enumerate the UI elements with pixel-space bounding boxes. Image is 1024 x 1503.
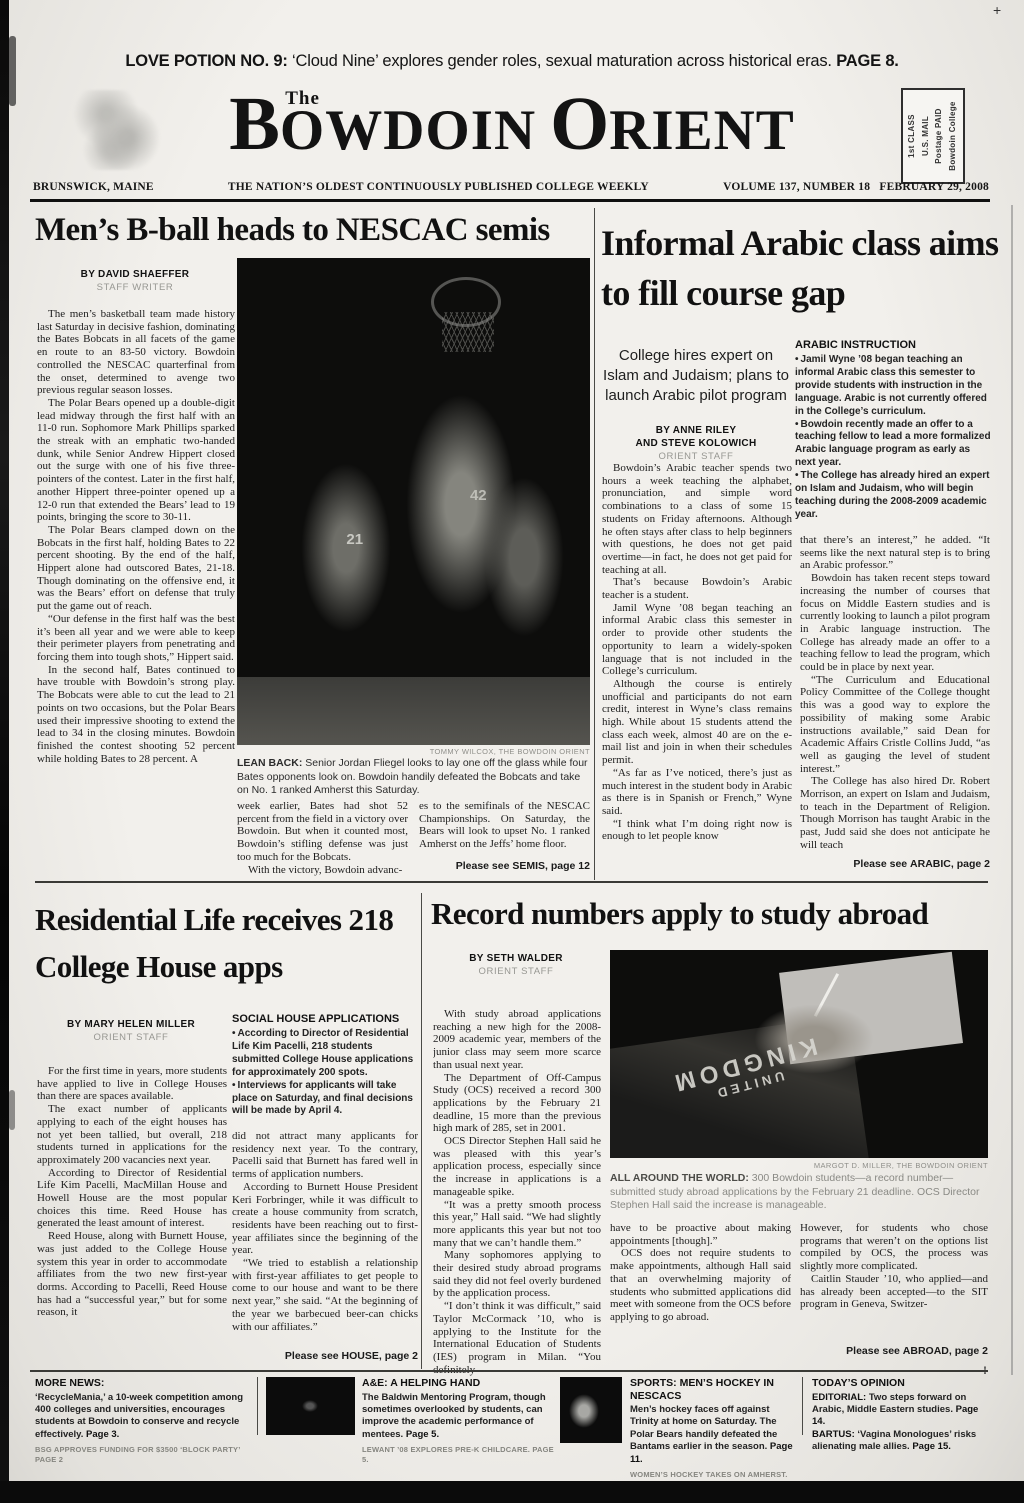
byline-author: AND STEVE KOLOWICH bbox=[602, 437, 790, 450]
dateline: BRUNSWICK, MAINE THE NATION’S OLDEST CON… bbox=[33, 181, 989, 193]
postage-line: Postage PAID bbox=[932, 90, 946, 182]
column-divider bbox=[421, 893, 422, 1369]
bball-column-2: week earlier, Bates had shot 52 percent … bbox=[237, 800, 408, 878]
factbox-item: Jamil Wyne ’08 began teaching an informa… bbox=[795, 354, 991, 419]
court-floor bbox=[237, 677, 590, 745]
factbox-title: ARABIC INSTRUCTION bbox=[795, 338, 991, 352]
title-o: O bbox=[550, 82, 609, 166]
paragraph: Although the course is entirely unoffici… bbox=[602, 678, 792, 767]
dateline-location: BRUNSWICK, MAINE bbox=[33, 181, 154, 193]
jersey-number: 42 bbox=[470, 487, 487, 504]
byline-arabic: BY ANNE RILEY AND STEVE KOLOWICH ORIENT … bbox=[602, 424, 790, 463]
jump-prefix: Please see bbox=[285, 1350, 342, 1362]
bball-column-3: es to the semifinals of the NESCAC Champ… bbox=[419, 800, 590, 856]
factbox-item: The College has already hired an expert … bbox=[795, 470, 991, 522]
postage-box: 1st CLASS U.S. MAIL Postage PAID Bowdoin… bbox=[901, 88, 965, 184]
teaser-page-ref: Page 5. bbox=[406, 1429, 439, 1440]
paragraph: However, for students who chose programs… bbox=[800, 1222, 988, 1273]
byline-role: STAFF WRITER bbox=[35, 281, 235, 294]
factbox-item: Bowdoin recently made an offer to a teac… bbox=[795, 419, 991, 471]
byline-author: BY MARY HELEN MILLER bbox=[35, 1018, 227, 1031]
teaser-subline: BSG APPROVES FUNDING FOR $3500 ‘BLOCK PA… bbox=[35, 1445, 251, 1465]
abroad-column-1: With study abroad applications reaching … bbox=[433, 1008, 601, 1376]
byline-author: BY DAVID SHAEFFER bbox=[35, 268, 235, 281]
scan-edge-bottom bbox=[0, 1481, 1024, 1503]
newspaper-title: TheBOWDOINORIENT bbox=[0, 86, 1024, 169]
jump-prefix: Please see bbox=[853, 858, 910, 870]
house-factbox: SOCIAL HOUSE APPLICATIONS According to D… bbox=[232, 1012, 418, 1118]
arabic-factbox: ARABIC INSTRUCTION Jamil Wyne ’08 began … bbox=[795, 338, 991, 522]
paragraph: that there’s an interest,” he added. “It… bbox=[800, 534, 990, 572]
paragraph: The College has also hired Dr. Robert Mo… bbox=[800, 775, 990, 851]
photo-credit: TOMMY WILCOX, THE BOWDOIN ORIENT bbox=[237, 747, 590, 756]
top-teaser-page-ref: PAGE 8. bbox=[836, 52, 898, 70]
paragraph: “I think what I’m doing right now is eno… bbox=[602, 818, 792, 843]
headline-arabic: Informal Arabic class aims to fill cours… bbox=[601, 218, 1003, 318]
paragraph: The Polar Bears opened up a double-digit… bbox=[37, 397, 235, 524]
paragraph: For the first time in years, more studen… bbox=[37, 1065, 227, 1103]
teaser-divider bbox=[802, 1377, 803, 1435]
teaser-ae: A&E: A HELPING HAND The Baldwin Mentorin… bbox=[362, 1377, 554, 1465]
paragraph: have to be proactive about making appoin… bbox=[610, 1222, 791, 1247]
column-divider bbox=[594, 208, 595, 880]
bball-caption: LEAN BACK: Senior Jordan Fliegel looks t… bbox=[237, 757, 590, 798]
arabic-deck: College hires expert on Islam and Judais… bbox=[602, 346, 790, 406]
paragraph: Bowdoin has taken recent steps toward in… bbox=[800, 572, 990, 674]
paragraph: “It was a pretty smooth process this yea… bbox=[433, 1199, 601, 1250]
house-column-1: For the first time in years, more studen… bbox=[37, 1065, 227, 1372]
paragraph: Caitlin Stauder ’10, who applied—and has… bbox=[800, 1273, 988, 1311]
house-column-2: did not attract many applicants for resi… bbox=[232, 1130, 418, 1344]
jump-suffix: , page 2 bbox=[379, 1350, 418, 1362]
paragraph: “The Curriculum and Educational Policy C… bbox=[800, 674, 990, 776]
caption-lead: ALL AROUND THE WORLD: bbox=[610, 1172, 749, 1184]
dateline-volume: VOLUME 137, NUMBER 18 bbox=[723, 181, 870, 193]
teaser-text: Men’s hockey faces off against Trinity a… bbox=[630, 1404, 777, 1452]
paragraph: With the victory, Bowdoin advanc- bbox=[237, 864, 408, 877]
arabic-column-1: Bowdoin’s Arabic teacher spends two hour… bbox=[602, 462, 792, 862]
paragraph: Many sophomores applying to their desire… bbox=[433, 1249, 601, 1300]
photo-detail bbox=[569, 1394, 599, 1428]
teaser-sports: SPORTS: MEN’S HOCKEY IN NESCACS Men’s ho… bbox=[630, 1377, 793, 1490]
abroad-column-2: have to be proactive about making appoin… bbox=[610, 1222, 791, 1364]
teaser-kicker: SPORTS: MEN’S HOCKEY IN NESCACS bbox=[630, 1377, 793, 1402]
paragraph: did not attract many applicants for resi… bbox=[232, 1130, 418, 1181]
teaser-kicker: TODAY’S OPINION bbox=[812, 1377, 990, 1390]
jump-line-semis: Please see SEMIS, page 12 bbox=[419, 860, 590, 872]
postage-line: U.S. MAIL bbox=[919, 90, 933, 182]
teaser-page-ref: Page 3. bbox=[86, 1429, 119, 1440]
top-teaser: LOVE POTION NO. 9: ‘Cloud Nine’ explores… bbox=[0, 52, 1024, 71]
section-rule bbox=[35, 881, 988, 883]
paragraph: The Polar Bears clamped down on the Bobc… bbox=[37, 524, 235, 613]
scan-edge-left bbox=[0, 0, 9, 1503]
paragraph: Reed House, along with Burnett House, wa… bbox=[37, 1230, 227, 1319]
paragraph: The men’s basketball team made history l… bbox=[37, 308, 235, 397]
paragraph: “I don’t think it was difficult,” said T… bbox=[433, 1300, 601, 1376]
factbox-item: According to Director of Residential Lif… bbox=[232, 1028, 418, 1080]
teaser-text: ‘RecycleMania,’ a 10-week competition am… bbox=[35, 1392, 243, 1440]
paragraph: OCS Director Stephen Hall said he was pl… bbox=[433, 1135, 601, 1199]
byline-author: BY SETH WALDER bbox=[433, 952, 599, 965]
jump-line-house: Please see HOUSE, page 2 bbox=[232, 1350, 418, 1362]
teaser-more-news: MORE NEWS: ‘RecycleMania,’ a 10-week com… bbox=[35, 1377, 251, 1465]
paragraph: week earlier, Bates had shot 52 percent … bbox=[237, 800, 408, 864]
abroad-column-3: However, for students who chose programs… bbox=[800, 1222, 988, 1322]
dateline-date: FEBRUARY 29, 2008 bbox=[879, 181, 989, 193]
bball-column-1: The men’s basketball team made history l… bbox=[37, 308, 235, 878]
jump-word: HOUSE bbox=[342, 1350, 379, 1362]
jump-prefix: Please see bbox=[456, 860, 513, 872]
teaser-photo-hockey bbox=[560, 1377, 622, 1443]
byline-author: BY ANNE RILEY bbox=[602, 424, 790, 437]
jump-line-arabic: Please see ARABIC, page 2 bbox=[800, 858, 990, 870]
paragraph: Jamil Wyne ’08 began teaching an informa… bbox=[602, 602, 792, 678]
teaser-lead: EDITORIAL: bbox=[812, 1392, 866, 1403]
headline-house: Residential Life receives 218 College Ho… bbox=[35, 896, 425, 990]
jersey-number: 21 bbox=[346, 531, 363, 548]
basketball-net bbox=[442, 312, 494, 352]
paragraph: “As far as I’ve noticed, there’s just as… bbox=[602, 767, 792, 818]
postage-line: 1st CLASS bbox=[905, 90, 919, 182]
paragraph: According to Burnett House President Ker… bbox=[232, 1181, 418, 1257]
paragraph: “We tried to establish a relationship wi… bbox=[232, 1257, 418, 1333]
photo-detail bbox=[302, 1400, 318, 1412]
masthead-rule bbox=[30, 199, 990, 202]
headline-bball: Men’s B-ball heads to NESCAC semis bbox=[35, 212, 593, 248]
paragraph: Bowdoin’s Arabic teacher spends two hour… bbox=[602, 462, 792, 576]
paragraph: The exact number of applicants applying … bbox=[37, 1103, 227, 1167]
photo-credit: MARGOT D. MILLER, THE BOWDOIN ORIENT bbox=[610, 1161, 988, 1170]
byline-house: BY MARY HELEN MILLER ORIENT STAFF bbox=[35, 1018, 227, 1044]
abroad-caption: ALL AROUND THE WORLD: 300 Bowdoin studen… bbox=[610, 1172, 988, 1213]
jump-word: SEMIS bbox=[512, 860, 545, 872]
teaser-text: The Baldwin Mentoring Program, though so… bbox=[362, 1392, 546, 1440]
top-teaser-text: ‘Cloud Nine’ explores gender roles, sexu… bbox=[292, 52, 832, 70]
caption-lead: LEAN BACK: bbox=[237, 757, 302, 769]
jump-word: ARABIC bbox=[910, 858, 951, 870]
headline-abroad: Record numbers apply to study abroad bbox=[431, 894, 991, 934]
abroad-photo: UNITED KINGDOM bbox=[610, 950, 988, 1158]
title-the: The bbox=[285, 88, 320, 110]
paragraph: OCS does not require students to make ap… bbox=[610, 1247, 791, 1323]
top-teaser-kicker: LOVE POTION NO. 9: bbox=[125, 52, 287, 70]
scan-edge-right bbox=[1011, 205, 1013, 1375]
factbox-item: Interviews for applicants will take plac… bbox=[232, 1080, 418, 1119]
title-rient: RIENT bbox=[609, 99, 795, 162]
jump-line-abroad: Please see ABROAD, page 2 bbox=[800, 1345, 988, 1357]
teaser-kicker: A&E: A HELPING HAND bbox=[362, 1377, 554, 1390]
newspaper-front-page: + ! LOVE POTION NO. 9: ‘Cloud Nine’ expl… bbox=[0, 0, 1024, 1503]
paragraph: According to Director of Residential Lif… bbox=[37, 1167, 227, 1231]
arabic-column-2: that there’s an interest,” he added. “It… bbox=[800, 534, 990, 852]
postage-line: Bowdoin College bbox=[946, 90, 960, 182]
teaser-opinion: TODAY’S OPINION EDITORIAL: Two steps for… bbox=[812, 1377, 990, 1454]
teaser-photo-recycling bbox=[266, 1377, 355, 1435]
factbox-title: SOCIAL HOUSE APPLICATIONS bbox=[232, 1012, 418, 1026]
paragraph: The Department of Off-Campus Study (OCS)… bbox=[433, 1072, 601, 1136]
jump-prefix: Please see bbox=[846, 1345, 903, 1357]
teaser-divider bbox=[257, 1377, 258, 1435]
teaser-kicker: MORE NEWS: bbox=[35, 1377, 251, 1390]
teaser-lead: BARTUS: bbox=[812, 1429, 855, 1440]
byline-role: ORIENT STAFF bbox=[433, 965, 599, 978]
paragraph: With study abroad applications reaching … bbox=[433, 1008, 601, 1072]
teaser-subline: LEWANT ’08 EXPLORES PRE-K CHILDCARE. PAG… bbox=[362, 1445, 554, 1465]
jump-suffix: , page 2 bbox=[951, 858, 990, 870]
player-figure bbox=[484, 477, 564, 637]
teaser-page-ref: Page 15. bbox=[912, 1441, 951, 1452]
paragraph: es to the semifinals of the NESCAC Champ… bbox=[419, 800, 590, 851]
teaser-bar-rule bbox=[30, 1370, 988, 1372]
byline-abroad: BY SETH WALDER ORIENT STAFF bbox=[433, 952, 599, 978]
scan-smudge bbox=[9, 1090, 15, 1130]
paragraph: That’s because Bowdoin’s Arabic teacher … bbox=[602, 576, 792, 601]
byline-role: ORIENT STAFF bbox=[35, 1031, 227, 1044]
dateline-tagline: THE NATION’S OLDEST CONTINUOUSLY PUBLISH… bbox=[228, 181, 649, 193]
bball-photo: 21 42 bbox=[237, 258, 590, 745]
title-b: B bbox=[229, 82, 280, 166]
jump-word: ABROAD bbox=[903, 1345, 949, 1357]
paragraph: In the second half, Bates continued to h… bbox=[37, 664, 235, 766]
jump-suffix: , page 12 bbox=[545, 860, 590, 872]
paragraph: “Our defense in the first half was the b… bbox=[37, 613, 235, 664]
registration-mark: + bbox=[993, 2, 1001, 18]
jump-suffix: , page 2 bbox=[949, 1345, 988, 1357]
byline-bball: BY DAVID SHAEFFER STAFF WRITER bbox=[35, 268, 235, 294]
